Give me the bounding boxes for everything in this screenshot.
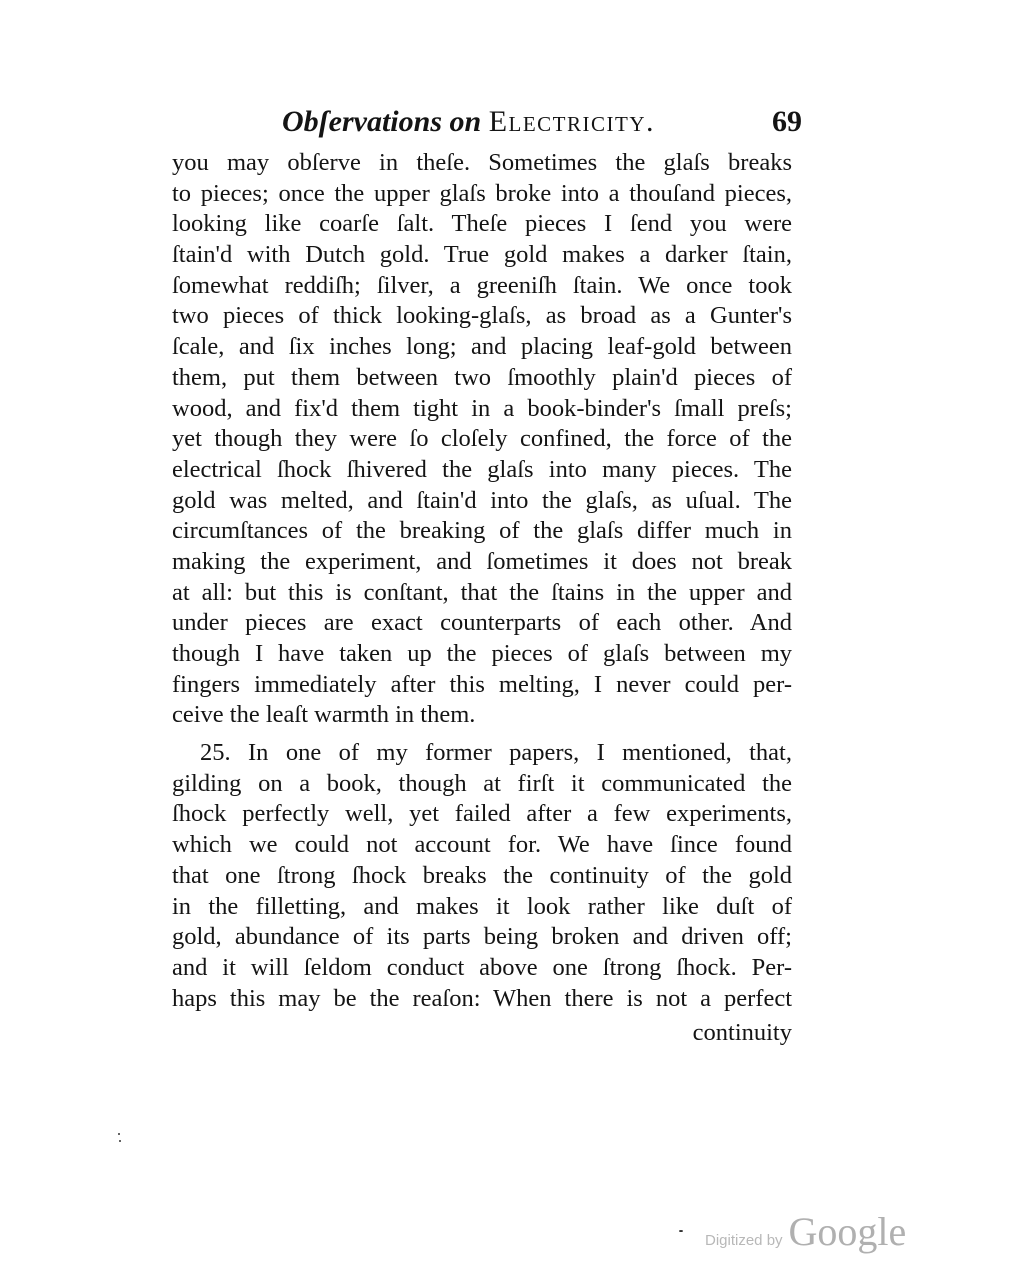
digitized-by-label: Digitized by [705, 1232, 783, 1249]
text-line: making the experiment, and ſometimes it … [172, 547, 792, 578]
text-line: looking like coarſe ſalt. Theſe pieces I… [172, 209, 792, 240]
text-line: gold, abundance of its parts being broke… [172, 922, 792, 953]
catchword: continuity [172, 1018, 792, 1049]
text-line: circumſtances of the breaking of the gla… [172, 516, 792, 547]
text-line: that one ſtrong ſhock breaks the continu… [172, 861, 792, 892]
text-line: two pieces of thick looking-glaſs, as br… [172, 301, 792, 332]
text-line: and it will ſeldom conduct above one ſtr… [172, 953, 792, 984]
running-title-italic: Obſervations on [282, 105, 481, 138]
text-line: gilding on a book, though at firſt it co… [172, 769, 792, 800]
running-title-caps: Electricity. [489, 105, 655, 138]
text-line: you may obſerve in theſe. Sometimes the … [172, 148, 792, 179]
page-number: 69 [772, 100, 802, 144]
digitized-watermark: Digitized by Google [705, 1208, 906, 1255]
text-line: at all: but this is conſtant, that the ſ… [172, 578, 792, 609]
text-line: wood, and fix'd them tight in a book-bin… [172, 394, 792, 425]
text-line-paragraph-start: 25. In one of my former papers, I mentio… [172, 738, 792, 769]
google-logo: Google [789, 1209, 907, 1254]
text-line: them, put them between two ſmoothly plai… [172, 363, 792, 394]
text-line: haps this may be the reaſon: When there … [172, 984, 792, 1015]
text-line: to pieces; once the upper glaſs broke in… [172, 179, 792, 210]
text-line: ſtain'd with Dutch gold. True gold makes… [172, 240, 792, 271]
text-line-paragraph-end: ceive the leaſt warmth in them. [172, 700, 792, 731]
text-line: gold was melted, and ſtain'd into the gl… [172, 486, 792, 517]
text-line: in the filletting, and makes it look rat… [172, 892, 792, 923]
text-line: ſcale, and ſix inches long; and placing … [172, 332, 792, 363]
text-line: which we could not account for. We have … [172, 830, 792, 861]
text-line: fingers immediately after this melting, … [172, 670, 792, 701]
running-header: Obſervations on Electricity. 69 [282, 100, 802, 144]
scan-speck [119, 1140, 121, 1142]
text-line: yet though they were ſo cloſely confined… [172, 424, 792, 455]
text-line: ſomewhat reddiſh; ſilver, a greeniſh ſta… [172, 271, 792, 302]
text-line: electrical ſhock ſhivered the glaſs into… [172, 455, 792, 486]
body-text: you may obſerve in theſe. Sometimes the … [172, 148, 792, 1049]
scan-speck [679, 1230, 683, 1232]
text-line: though I have taken up the pieces of gla… [172, 639, 792, 670]
running-title: Obſervations on Electricity. [282, 100, 655, 144]
text-line: ſhock perfectly well, yet failed after a… [172, 799, 792, 830]
text-line: under pieces are exact counterparts of e… [172, 608, 792, 639]
book-page: Obſervations on Electricity. 69 you may … [0, 0, 1014, 1282]
scan-speck [118, 1133, 120, 1135]
